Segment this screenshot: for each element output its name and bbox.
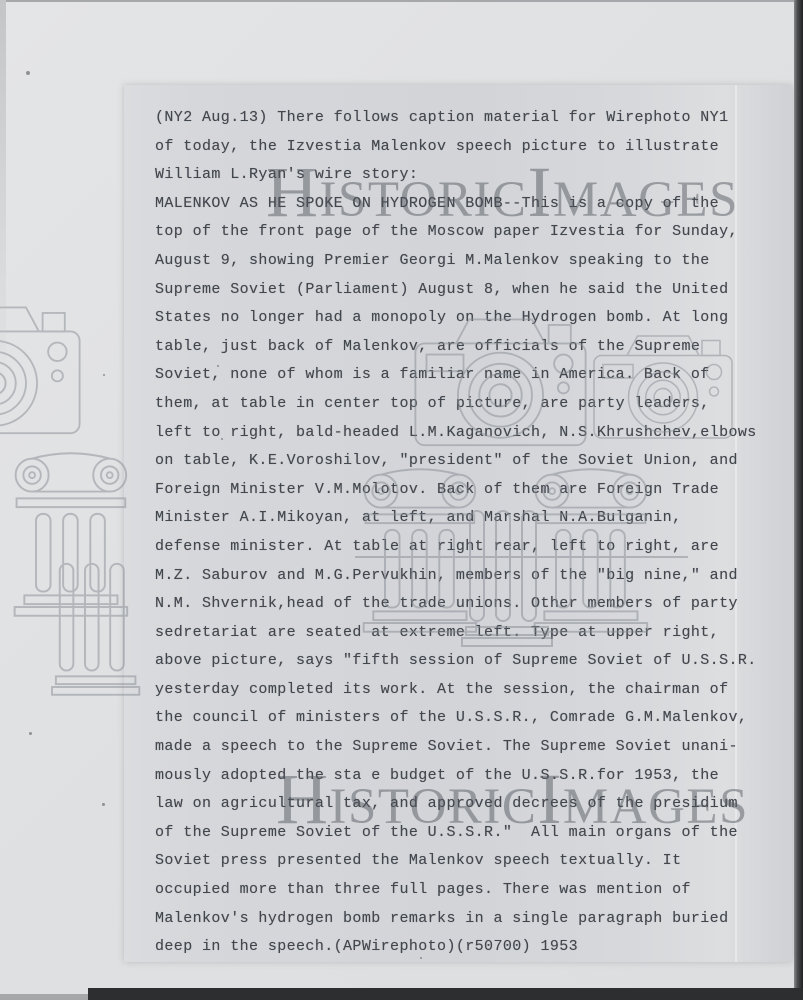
typed-line: left to right, bald-headed L.M.Kaganovic…	[155, 419, 785, 448]
dust-speck	[103, 374, 105, 376]
watermark-letters: MAGES	[563, 779, 749, 835]
dust-speck	[217, 365, 219, 367]
typed-line: Soviet press presented the Malenkov spee…	[155, 847, 785, 876]
typed-line: the council of ministers of the U.S.S.R.…	[155, 704, 785, 733]
photo-bottom-left-edge	[0, 994, 88, 1000]
typed-line: deep in the speech.(APWirephoto)(r50700)…	[155, 933, 785, 962]
typed-line: yesterday completed its work. At the ses…	[155, 676, 785, 705]
typed-line: sedretariat are seated at extreme left. …	[155, 619, 785, 648]
typed-line: M.Z. Saburov and M.G.Pervukhin, members …	[155, 562, 785, 591]
dust-speck	[26, 71, 30, 75]
dust-speck	[221, 438, 223, 440]
typed-line: them, at table in center top of picture,…	[155, 390, 785, 419]
historicimages-watermark-top: HISTORICIMAGES	[266, 156, 739, 228]
watermark-letters: ISTORIC	[330, 779, 538, 835]
typed-line: States no longer had a monopoly on the H…	[155, 304, 785, 333]
typed-line: above picture, says "fifth session of Su…	[155, 647, 785, 676]
watermark-letter: H	[266, 152, 320, 232]
typed-line: August 9, showing Premier Georgi M.Malen…	[155, 247, 785, 276]
typed-line: defense minister. At table at right rear…	[155, 533, 785, 562]
typed-line: Foreign Minister V.M.Molotov. Back of th…	[155, 476, 785, 505]
typed-line: on table, K.E.Voroshilov, "president" of…	[155, 447, 785, 476]
typed-line: Malenkov's hydrogen bomb remarks in a si…	[155, 905, 785, 934]
press-photo-scan: (NY2 Aug.13) There follows caption mater…	[0, 0, 803, 1000]
photo-bottom-edge	[88, 988, 803, 1000]
historicimages-watermark-bottom: HISTORICIMAGES	[276, 763, 749, 835]
typed-line: occupied more than three full pages. The…	[155, 876, 785, 905]
dust-speck	[102, 803, 105, 806]
typed-line: N.M. Shvernik,head of the trade unions. …	[155, 590, 785, 619]
typed-line: made a speech to the Supreme Soviet. The…	[155, 733, 785, 762]
dust-speck	[29, 732, 32, 735]
photo-right-edge	[794, 0, 803, 1000]
typed-line: Supreme Soviet (Parliament) August 8, wh…	[155, 276, 785, 305]
photo-top-edge	[0, 0, 803, 2]
watermark-letters: ISTORIC	[320, 172, 528, 228]
watermark-letter: I	[537, 759, 562, 839]
typed-line: Soviet, none of whom is a familiar name …	[155, 361, 785, 390]
photo-left-edge	[0, 0, 6, 380]
watermark-letters: MAGES	[553, 172, 739, 228]
watermark-letter: H	[276, 759, 330, 839]
dust-speck	[420, 957, 422, 959]
typed-line: Minister A.I.Mikoyan, at left, and Marsh…	[155, 504, 785, 533]
watermark-letter: I	[527, 152, 552, 232]
typed-line: table, just back of Malenkov, are offici…	[155, 333, 785, 362]
typed-line: (NY2 Aug.13) There follows caption mater…	[155, 104, 785, 133]
